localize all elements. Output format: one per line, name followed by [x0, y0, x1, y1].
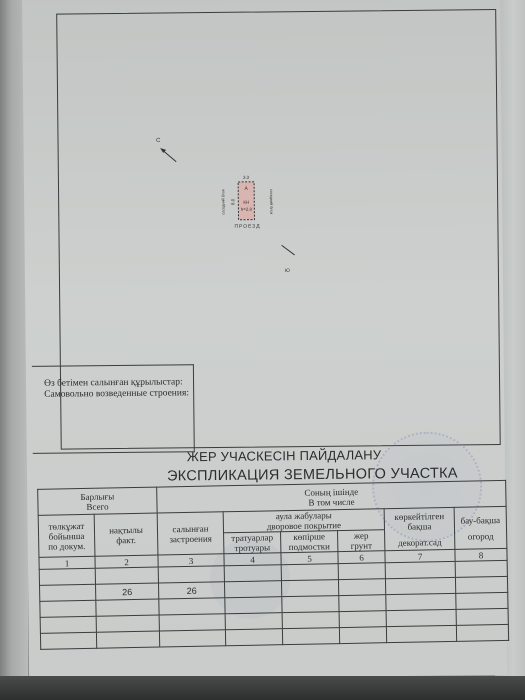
table-cell [225, 597, 282, 614]
table-cell: 26 [159, 582, 225, 599]
table-cell [456, 624, 508, 641]
header-total: Барлығы Всего [38, 487, 157, 515]
table-cell [338, 563, 385, 580]
table-cell [385, 561, 455, 578]
background-surface [0, 676, 525, 700]
table-cell [96, 631, 159, 648]
document-sheet: С Ю А КН h=2.8 3.3 8.0 соседний блок сос… [22, 0, 507, 680]
bld-length: 8.0 [230, 198, 235, 205]
south-arrow-icon [282, 245, 295, 255]
table-cell [40, 600, 96, 617]
header-col-4: тратуарлар тротуары [224, 532, 281, 554]
table-cell [96, 599, 159, 616]
table-cell [338, 579, 385, 596]
table-cell [282, 596, 339, 613]
table-cell [339, 611, 386, 628]
header-col-1: төлкұжат бойынша по докум. [38, 514, 95, 557]
table-cell [224, 581, 281, 598]
unauthorized-structures-box: Өз бетімен салынған құрылыстар: Самоволь… [32, 364, 195, 454]
table-cell [339, 627, 386, 644]
table-cell [159, 630, 225, 647]
table-cell [455, 576, 507, 593]
table-cell [159, 598, 225, 615]
header-col-6: жер грунт [338, 530, 385, 552]
table-cell [386, 609, 456, 626]
table-cell [282, 612, 339, 629]
header-col-8: бау-бақша огород [454, 506, 507, 549]
north-arrow-icon [160, 148, 176, 162]
road-label: ПРОЕЗД [234, 224, 260, 230]
header-col-7: көркейтілген бақша декорат.сад [384, 507, 455, 550]
table-cell [339, 595, 386, 612]
table-cell [225, 613, 282, 630]
south-label: Ю [285, 268, 290, 274]
unauthorized-label-ru: Самовольно возведенные строения: [44, 388, 193, 401]
table-cell [282, 628, 339, 645]
building-footprint: А КН h=2.8 3.3 8.0 [230, 175, 254, 220]
table-cell [159, 614, 225, 631]
table-cell [385, 577, 455, 594]
table-cell [158, 566, 224, 583]
table-cell [281, 564, 338, 581]
table-cell [455, 560, 507, 577]
table-cell [39, 568, 95, 585]
right-neighbor: соседний блок [269, 189, 273, 215]
left-neighbor: соседний блок [221, 189, 225, 215]
table-cell [40, 584, 96, 601]
title-kz: ЖЕР УЧАСКЕСІН ПАЙДАЛАНУ [187, 447, 447, 465]
header-col-5: көпірше подмостки [281, 531, 338, 553]
table-cell [456, 608, 508, 625]
table-cell [224, 565, 281, 582]
header-col-3: салынған застроения [157, 512, 224, 555]
bld-height: h=2.8 [241, 207, 253, 212]
table-cell [386, 593, 456, 610]
header-col-2: нақтылы факт. [94, 513, 158, 556]
table-cell [40, 632, 96, 649]
bld-type: КН [243, 200, 249, 205]
table-cell [225, 629, 282, 646]
table-cell [96, 615, 159, 632]
north-label: С [156, 138, 161, 144]
land-explication-table: Барлығы Всего Соның ішінде В том числе т… [37, 480, 509, 650]
table-cell [95, 567, 158, 584]
bld-width: 3.3 [243, 175, 250, 180]
table-cell [40, 616, 96, 633]
table-cell [456, 592, 508, 609]
table-cell: 26 [96, 583, 159, 600]
table-cell [281, 580, 338, 597]
table-cell [386, 625, 456, 642]
